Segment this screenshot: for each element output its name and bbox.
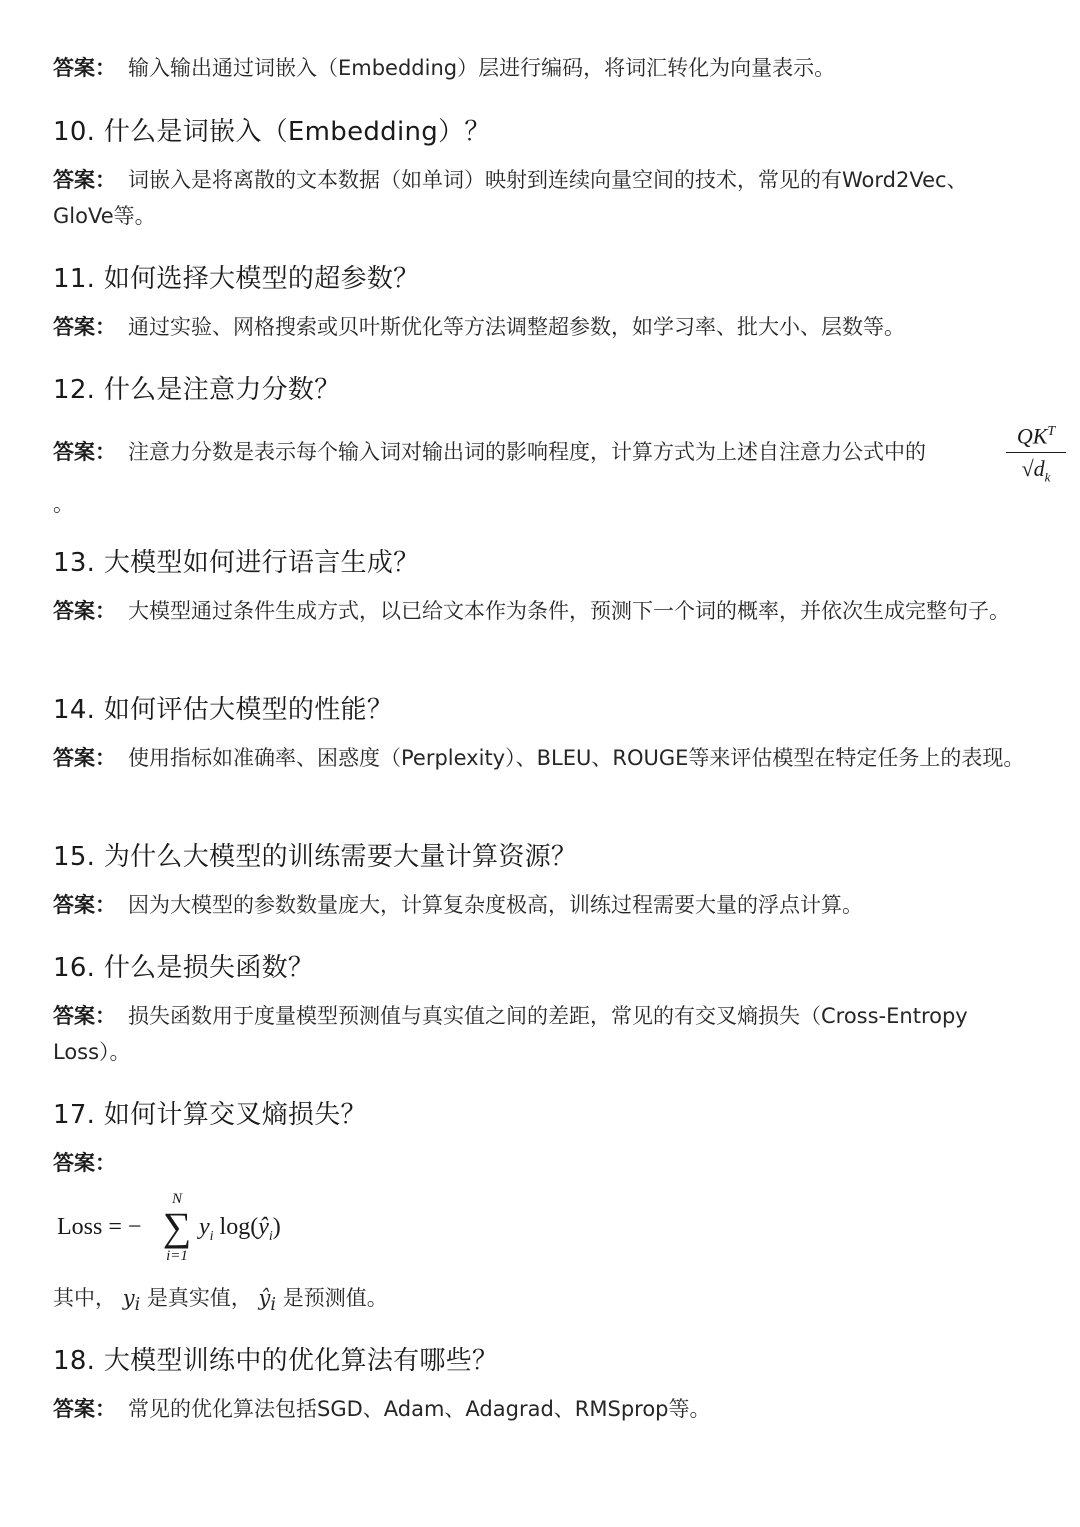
answer-text: 通过实验、网格搜索或贝叶斯优化等方法调整超参数，如学习率、批大小、层数等。 [128,315,905,339]
sum-lower: i=1 [157,1246,197,1266]
qa-item-14: 14. 如何评估大模型的性能？ [53,692,1028,728]
answer-10: 答案：词嵌入是将离散的文本数据（如单词）映射到连续向量空间的技术，常见的有Wor… [53,162,1028,234]
question-heading: 12. 什么是注意力分数？ [53,372,1028,408]
answer-14: 答案：使用指标如准确率、困惑度（Perplexity）、BLEU、ROUGE等来… [53,740,1028,776]
question-heading: 17. 如何计算交叉熵损失？ [53,1097,1028,1133]
qa-item-12: 12. 什么是注意力分数？ [53,372,1028,408]
answer-11: 答案：通过实验、网格搜索或贝叶斯优化等方法调整超参数，如学习率、批大小、层数等。 [53,309,1028,345]
var-y: yi [123,1286,140,1310]
answer-label: 答案： [53,893,116,917]
answer-text: 注意力分数是表示每个输入词对输出词的影响程度，计算方式为上述自注意力公式中的 [128,440,926,464]
fraction-denominator: √dk [1006,455,1066,491]
question-heading: 16. 什么是损失函数？ [53,950,1028,986]
question-heading: 18. 大模型训练中的优化算法有哪些？ [53,1343,1028,1379]
formula-lhs: Loss = − [57,1214,141,1241]
answer-tail: 。 [53,492,74,516]
answer-label: 答案： [53,1004,116,1028]
formula-rhs: yi log(ŷi) [199,1214,281,1245]
question-heading: 14. 如何评估大模型的性能？ [53,692,1028,728]
answer-text: 输入输出通过词嵌入（Embedding）层进行编码，将词汇转化为向量表示。 [128,56,835,80]
answer-text: 常见的优化算法包括SGD、Adam、Adagrad、RMSprop等。 [128,1397,711,1421]
answer-text: 词嵌入是将离散的文本数据（如单词）映射到连续向量空间的技术，常见的有Word2V… [53,168,968,228]
question-heading: 11. 如何选择大模型的超参数？ [53,261,1028,297]
answer-12: 答案：注意力分数是表示每个输入词对输出词的影响程度，计算方式为上述自注意力公式中… [53,434,1028,470]
question-heading: 15. 为什么大模型的训练需要大量计算资源？ [53,839,1028,875]
question-heading: 10. 什么是词嵌入（Embedding）？ [53,114,1028,150]
qa-item-15: 15. 为什么大模型的训练需要大量计算资源？ [53,839,1028,875]
answer-label: 答案： [53,56,116,80]
var-yhat: ŷi [259,1286,276,1310]
answer-17: 答案： [53,1145,1028,1181]
answer-label: 答案： [53,1397,116,1421]
qa-item-11: 11. 如何选择大模型的超参数？ [53,261,1028,297]
answer-12-tail: 。 [53,486,1028,522]
answer-13: 答案：大模型通过条件生成方式，以已给文本作为条件，预测下一个词的概率，并依次生成… [53,593,1028,629]
answer-label: 答案： [53,599,116,623]
question-heading: 13. 大模型如何进行语言生成？ [53,545,1028,581]
answer-label: 答案： [53,315,116,339]
qa-item-17: 17. 如何计算交叉熵损失？ [53,1097,1028,1133]
answer-label: 答案： [53,168,116,192]
answer-label: 答案： [53,440,116,464]
formula-note: 其中， yi 是真实值， ŷi 是预测值。 [53,1280,1028,1323]
sum-symbol: ∑ [157,1208,197,1246]
qa-item-13: 13. 大模型如何进行语言生成？ [53,545,1028,581]
answer-18: 答案：常见的优化算法包括SGD、Adam、Adagrad、RMSprop等。 [53,1391,1028,1427]
answer-label: 答案： [53,1151,116,1175]
fraction-bar [1006,452,1066,453]
answer-15: 答案：因为大模型的参数数量庞大，计算复杂度极高，训练过程需要大量的浮点计算。 [53,887,1028,923]
fraction-numerator: QKT [1006,418,1066,450]
answer-9: 答案：输入输出通过词嵌入（Embedding）层进行编码，将词汇转化为向量表示。 [53,50,1028,86]
answer-16: 答案：损失函数用于度量模型预测值与真实值之间的差距，常见的有交叉熵损失（Cros… [53,998,1028,1070]
summation: N ∑ i=1 [157,1190,197,1266]
answer-text: 大模型通过条件生成方式，以已给文本作为条件，预测下一个词的概率，并依次生成完整句… [128,599,1010,623]
answer-label: 答案： [53,746,116,770]
answer-text: 因为大模型的参数数量庞大，计算复杂度极高，训练过程需要大量的浮点计算。 [128,893,863,917]
qa-item-18: 18. 大模型训练中的优化算法有哪些？ [53,1343,1028,1379]
answer-text: 使用指标如准确率、困惑度（Perplexity）、BLEU、ROUGE等来评估模… [128,746,1024,770]
qa-item-16: 16. 什么是损失函数？ [53,950,1028,986]
attention-score-fraction: QKT √dk [1006,418,1066,492]
qa-item-10: 10. 什么是词嵌入（Embedding）？ [53,114,1028,150]
answer-text: 损失函数用于度量模型预测值与真实值之间的差距，常见的有交叉熵损失（Cross-E… [53,1004,968,1064]
